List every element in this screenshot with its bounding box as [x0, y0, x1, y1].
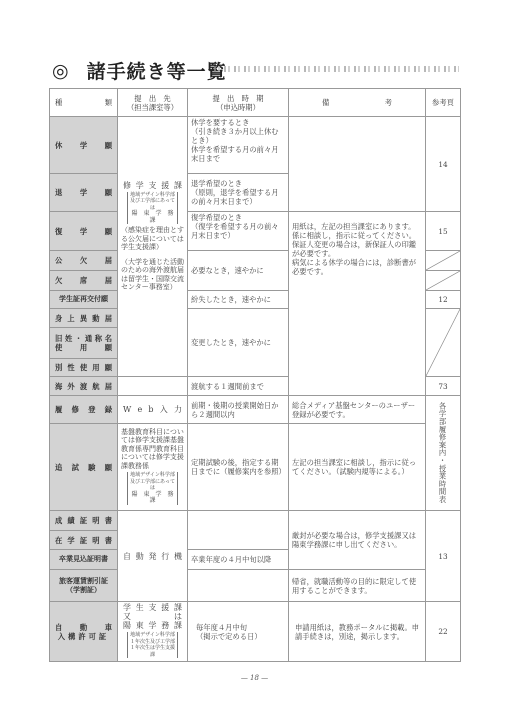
timing-kaigai: 渡航する１週間前まで — [188, 377, 289, 396]
kind-ryokyaku: 旅客運賃割引証（学割証） — [50, 570, 118, 602]
kind-seiseki: 成績証明書 — [50, 511, 118, 531]
kind-fukugaku: 復学願 — [50, 212, 118, 251]
remarks-tsuishi: 左記の担当課室に相談し，指示に従ってください。（試験内規等による。） — [289, 424, 426, 511]
ref-73: 73 — [426, 377, 461, 396]
dept-web: Web入力 — [118, 396, 188, 424]
dept-note-infection: （感染症を理由とする公欠届については学生支援課） — [121, 226, 184, 252]
table-row: 追試験願 基盤教育科目については修学支援課基盤教育係専門教育科目については修学支… — [50, 424, 461, 511]
table-row: 履修登録 Web入力 前期・後期の授業開始日から２週間以内 総合メディア基盤セン… — [50, 396, 461, 424]
ref-none — [426, 309, 461, 377]
dept-jidosha: 学生支援課 又は 陽東学務課 地域デザイン科学部１年次生及び工学部１年次生は学生… — [118, 602, 188, 662]
dept-box-note: 地域デザイン科学部及び工学部にあっては陽 東 学 務 課 — [127, 192, 178, 225]
header-ref: 参考頁 — [426, 89, 461, 117]
timing-fukugaku: 復学希望のとき （復学を希望する月の前々月末日まで） — [188, 212, 289, 251]
remarks-rishu: 総合メディア基盤センターのユーザー登録が必要です。 — [289, 396, 426, 424]
kind-jidosha: 自動車 入構許可証 — [50, 602, 118, 662]
ref-12: 12 — [426, 291, 461, 309]
kind-rishu: 履修登録 — [50, 396, 118, 424]
remarks-shared: 用紙は，左記の担当課室にあります。係に相談し，指示に従ってください。 保証人変更… — [289, 212, 426, 396]
header-dept: 提 出 先（担当課室等） — [118, 89, 188, 117]
dept-tsuishi: 基盤教育科目については修学支援課基盤教育係専門教育科目については修学支援課教務係… — [118, 424, 188, 511]
dept-note-overseas: （大学を通じた活動のための海外渡航届は留学生・国際交流センター事務室） — [121, 258, 184, 292]
header-timing: 提 出 時 期（申込時期） — [188, 89, 289, 117]
timing-tsuishi: 定期試験の後，指定する期日までに（履修案内を参照） — [188, 424, 289, 511]
page-title: 諸手続き等一覧 — [87, 57, 227, 84]
dept-empty — [118, 377, 188, 396]
kind-shinjou: 身上異動届 — [50, 309, 118, 328]
dept-box-note: 地域デザイン科学部１年次生及び工学部１年次生は学生支援課 — [127, 632, 178, 658]
ref-15: 15 — [426, 212, 461, 251]
kind-zaigaku: 在学証明書 — [50, 531, 118, 550]
remarks-jidosha: 申請用紙は，教務ポータルに掲載。申請手続きは，別途，掲示します。 — [289, 602, 426, 662]
header-kind: 種類 — [50, 89, 118, 117]
kind-kouketsu: 公欠届 — [50, 251, 118, 271]
table-row: 休学願 修学支援課 地域デザイン科学部及び工学部にあっては陽 東 学 務 課 （… — [50, 117, 461, 174]
table-row: 成績証明書 自動発行機 厳封が必要な場合は，修学支援課又は陽東学務課に申し出てく… — [50, 511, 461, 531]
dept-main: 修学支援課 — [121, 181, 184, 190]
table-row: 復学願 復学希望のとき （復学を希望する月の前々月末日まで） 用紙は，左記の担当… — [50, 212, 461, 251]
kind-kyugaku: 休学願 — [50, 117, 118, 174]
kind-taigaku: 退学願 — [50, 174, 118, 212]
kind-kaigai: 海外渡航届 — [50, 377, 118, 396]
table-row: 自動車 入構許可証 学生支援課 又は 陽東学務課 地域デザイン科学部１年次生及び… — [50, 602, 461, 662]
dept-auto: 自動発行機 — [118, 511, 188, 602]
kind-kyusei: 旧姓・通称名 使用願 — [50, 328, 118, 359]
kind-sotsugyo: 卒業見込証明書 — [50, 550, 118, 570]
timing-empty — [188, 511, 289, 550]
remarks-ryokyaku: 帰省，就職活動等の目的に限定して使用することができます。 — [289, 570, 426, 602]
timing-kyugaku: 休学を要するとき （引き続き３か月以上休むとき） 休学を希望する月の前々月末日ま… — [188, 117, 289, 174]
timing-empty — [188, 570, 289, 602]
header-remarks: 備考 — [289, 89, 426, 117]
timing-jidosha: 毎年度４月中旬 （掲示で定める日） — [188, 602, 289, 662]
ref-rishu: 各学部履修案内・授業時間表 — [426, 396, 461, 511]
kind-tsuishi: 追試験願 — [50, 424, 118, 511]
timing-sotsugyo: 卒業年度の４月中旬以降 — [188, 550, 289, 570]
decorative-footprint-line — [214, 66, 459, 72]
timing-kesseki: 必要なとき，速やかに — [188, 251, 289, 291]
dept-shared: 修学支援課 地域デザイン科学部及び工学部にあっては陽 東 学 務 課 （感染症を… — [118, 117, 188, 377]
remarks-empty — [289, 117, 426, 212]
remarks-seal: 厳封が必要な場合は，修学支援課又は陽東学務課に申し出てください。 — [289, 511, 426, 570]
procedures-table: 種類 提 出 先（担当課室等） 提 出 時 期（申込時期） 備考 参考頁 休学願… — [49, 88, 461, 662]
ref-none — [426, 251, 461, 271]
timing-rishu: 前期・後期の授業開始日から２週間以内 — [188, 396, 289, 424]
ref-13: 13 — [426, 511, 461, 602]
timing-taigaku: 退学希望のとき （原則，退学を希望する月の前々月末日まで） — [188, 174, 289, 212]
kind-bessei: 別性使用願 — [50, 359, 118, 377]
page-heading: ◎ 諸手続き等一覧 — [52, 57, 227, 84]
kind-kesseki: 欠席届 — [50, 271, 118, 291]
ref-none — [426, 271, 461, 291]
double-circle-icon: ◎ — [52, 60, 69, 82]
ref-14: 14 — [426, 117, 461, 212]
header-row: 種類 提 出 先（担当課室等） 提 出 時 期（申込時期） 備考 参考頁 — [50, 89, 461, 117]
timing-kyusei: 変更したとき，速やかに — [188, 309, 289, 377]
dept-box-note: 地域デザイン科学部及び工学部にあっては陽 東 学 務 課 — [127, 472, 178, 505]
timing-gakuseisho: 紛失したとき，速やかに — [188, 291, 289, 309]
kind-gakuseisho: 学生証再交付願 — [50, 291, 118, 309]
ref-22: 22 — [426, 602, 461, 662]
table-row: 旅客運賃割引証（学割証） 帰省，就職活動等の目的に限定して使用することができます… — [50, 570, 461, 602]
page-number: — 18 — — [0, 674, 509, 682]
